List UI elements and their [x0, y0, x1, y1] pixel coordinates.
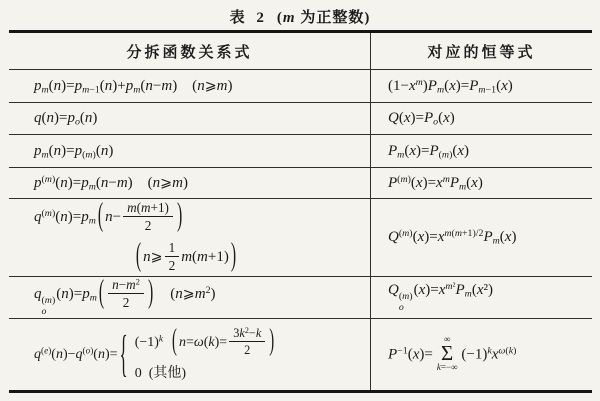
math-formula: pm(n)=p(m)(n) [34, 143, 113, 160]
table-title-note: (m 为正整数) [277, 10, 370, 26]
math-formula: P(m)(x)=xmPm(x) [388, 175, 483, 192]
data-table: 分拆函数关系式 对应的恒等式 pm(n)=pm−1(n)+pm(n−m) (n⩾… [9, 30, 592, 393]
math-formula: Q(m)(x)=xm(m+1)/2Pm(x) [388, 229, 516, 246]
table-row: q(n)=po(n) Q(x)=Po(x) [9, 103, 592, 135]
header-cell-identities: 对应的恒等式 [371, 33, 592, 69]
relation-cell: q(e)(n)−q(o)(n)={(−1)k (n=ω(k)=3k2−k2)0 … [9, 319, 371, 390]
relation-cell: p(m)(n)=pm(n−m) (n⩾m) [9, 168, 371, 198]
table-title-label: 表 2 [230, 10, 268, 26]
header-cell-relations: 分拆函数关系式 [9, 33, 371, 69]
identity-cell: Q(m)o(x)=xm²Pm(x²) [371, 277, 592, 318]
math-formula: q(m)(n)=pm(n−m(m+1)2) [34, 201, 184, 234]
math-formula: q(n)=po(n) [34, 110, 97, 127]
relation-cell: pm(n)=p(m)(n) [9, 135, 371, 167]
identity-cell: (1−xm)Pm(x)=Pm−1(x) [371, 70, 592, 102]
math-formula: (1−xm)Pm(x)=Pm−1(x) [388, 78, 513, 95]
math-formula-condition: (n⩾12m(m+1)) [134, 241, 238, 274]
table-row: q(m)(n)=pm(n−m(m+1)2) (n⩾12m(m+1)) Q(m)(… [9, 199, 592, 277]
math-formula: Pm(x)=P(m)(x) [388, 143, 469, 160]
table-row: pm(n)=p(m)(n) Pm(x)=P(m)(x) [9, 135, 592, 168]
relation-cell: pm(n)=pm−1(n)+pm(n−m) (n⩾m) [9, 70, 371, 102]
table-row: q(e)(n)−q(o)(n)={(−1)k (n=ω(k)=3k2−k2)0 … [9, 319, 592, 390]
math-formula: q(m)o(n)=pm(n−m22) (n⩾m2) [34, 278, 216, 318]
relation-cell: q(m)o(n)=pm(n−m22) (n⩾m2) [9, 277, 371, 318]
table-title: 表 2(m 为正整数) [0, 6, 600, 27]
table-header-row: 分拆函数关系式 对应的恒等式 [9, 33, 592, 70]
table-row: pm(n)=pm−1(n)+pm(n−m) (n⩾m) (1−xm)Pm(x)=… [9, 70, 592, 103]
table-row: q(m)o(n)=pm(n−m22) (n⩾m2) Q(m)o(x)=xm²Pm… [9, 277, 592, 319]
identity-cell: P(m)(x)=xmPm(x) [371, 168, 592, 198]
scanned-page: 表 2(m 为正整数) 分拆函数关系式 对应的恒等式 pm(n)=pm−1(n)… [0, 0, 600, 401]
math-formula: pm(n)=pm−1(n)+pm(n−m) (n⩾m) [34, 78, 232, 95]
math-formula: q(e)(n)−q(o)(n)={(−1)k (n=ω(k)=3k2−k2)0 … [34, 327, 276, 382]
identity-cell: Q(m)(x)=xm(m+1)/2Pm(x) [371, 199, 592, 276]
identity-cell: P−1(x)=∞Σk=−∞(−1)kxω(k) [371, 319, 592, 390]
math-formula: P−1(x)=∞Σk=−∞(−1)kxω(k) [388, 336, 516, 374]
relation-cell: q(m)(n)=pm(n−m(m+1)2) (n⩾12m(m+1)) [9, 199, 371, 276]
relation-cell: q(n)=po(n) [9, 103, 371, 134]
identity-cell: Q(x)=Po(x) [371, 103, 592, 134]
math-formula: p(m)(n)=pm(n−m) (n⩾m) [34, 175, 188, 192]
table-row: p(m)(n)=pm(n−m) (n⩾m) P(m)(x)=xmPm(x) [9, 168, 592, 199]
math-formula: Q(m)o(x)=xm²Pm(x²) [388, 282, 493, 314]
math-formula: Q(x)=Po(x) [388, 110, 455, 127]
identity-cell: Pm(x)=P(m)(x) [371, 135, 592, 167]
